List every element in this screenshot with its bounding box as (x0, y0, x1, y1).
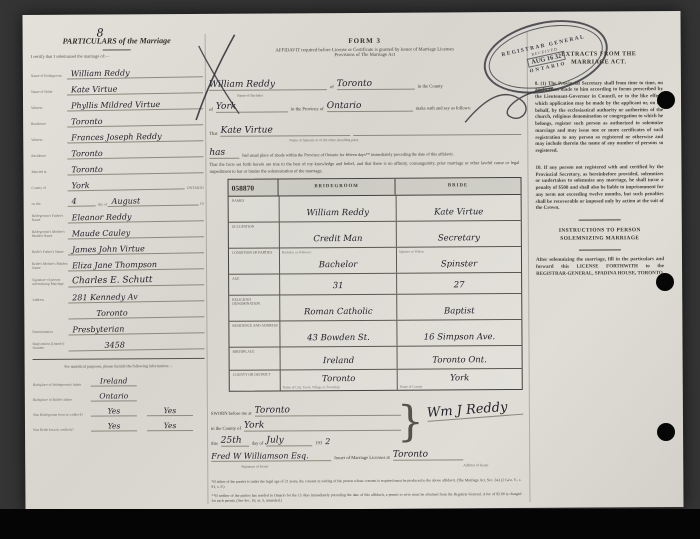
deponent-signature: Wm J Reddy (426, 399, 523, 422)
bride-age: 27 (397, 280, 521, 291)
groom-birthplace: Ireland (281, 356, 397, 367)
table-header: 058870 BRIDEGROOM BRIDE (229, 178, 521, 197)
hole-punch (656, 273, 674, 291)
table-row: OCCUPATION Credit Man Secretary (229, 221, 521, 249)
table-row: AGE 31 27 (229, 273, 521, 296)
particulars-row-date: on the 4 day of August 19 (32, 190, 204, 207)
particulars-row: Name of BrideKate Virtue (31, 78, 203, 95)
particulars-row: ResidenceToronto (31, 110, 203, 127)
particulars-row: DenominationPresbyterian (32, 318, 204, 335)
abode-handwriting: has (209, 148, 239, 159)
scanned-marriage-affidavit: 8 PARTICULARS of the Marriage I certify … (0, 0, 700, 539)
sworn-place-handwriting: Toronto (255, 405, 401, 417)
fill-line-4: has had usual place of abode within the … (209, 146, 521, 159)
particulars-row: WitnessFrances Joseph Reddy (31, 126, 203, 143)
sworn-line-3: this 25th day of July 193 2 (211, 435, 401, 447)
groom-religion: Roman Catholic (280, 307, 396, 318)
table-row: COUNTY OR DISTRICT Name of City, Town, V… (230, 369, 522, 391)
instructions-heading-line2: SOLEMNIZING MARRIAGE (536, 235, 664, 243)
groom-condition: Bachelor (280, 260, 396, 271)
particulars-row: WitnessPhyllis Mildred Virtue (31, 94, 203, 111)
issuer-address-sublabel: Address of Issuer (463, 463, 488, 467)
stat-value: Yes (91, 421, 137, 431)
sworn-line-1: SWORN before me at Toronto (211, 405, 401, 417)
affidavit-panel: FORM 3 AFFIDAVIT required before License… (209, 36, 521, 59)
registration-number-handwriting: 3458 (68, 339, 204, 351)
name-of-spinster-sublabel: Name of Spinster or of the other intendi… (289, 138, 358, 142)
issuer-signature-sublabel: Signature of Issuer (241, 465, 268, 469)
province-print: ONTARIO (185, 186, 204, 190)
particulars-row: County ofYorkONTARIO (31, 174, 203, 191)
particulars-row: Address281 Kennedy Av (32, 286, 204, 303)
particulars-row: Signature of person solemnizing Marriage… (32, 270, 204, 287)
scan-black-band (0, 509, 700, 539)
table-row: BIRTHPLACE Ireland Toronto Ont. (230, 346, 522, 371)
issuer-place-handwriting: Toronto (393, 449, 463, 460)
table-row: RESIDENCE AND ADDRESS 43 Bowden St. 16 S… (229, 320, 521, 348)
sworn-line-2: in the County of York (211, 420, 401, 432)
officiant-signature: Charles E. Schutt (68, 274, 204, 287)
hole-punch (657, 91, 675, 109)
particulars-row: Bridegroom's Mother's Maiden NameMaude C… (32, 222, 204, 239)
forwarding-instructions: After solemnizing the marriage, fill in … (536, 257, 664, 278)
affidavit-title-line2: Provisions of The Marriage Act (209, 52, 521, 59)
facts-paragraph: That the facts set forth herein are true… (209, 160, 519, 175)
marriage-act-panel: EXTRACTS FROM THE MARRIAGE ACT. 8. (1) T… (535, 51, 664, 278)
certify-line: I certify that I solemnized the marriage… (31, 53, 203, 59)
act-section-10: 10. If any person not registered with an… (535, 165, 663, 213)
statistical-heading: For statistical purposes, please furnish… (33, 363, 205, 369)
particulars-row: Registration (Ontario) Number3458 (32, 334, 204, 351)
day-handwriting: 4 (68, 196, 96, 206)
statistical-row: Was Bride born in wedlock?YesYes (33, 416, 205, 432)
serial-number: 058870 (229, 183, 278, 192)
stat-value: Yes (91, 406, 137, 416)
bride-residence: 16 Simpson Ave. (397, 332, 521, 343)
issuer-signature: Fred W Williamson Esq. (211, 451, 331, 462)
particulars-panel: PARTICULARS of the Marriage I certify th… (31, 36, 205, 432)
extracts-heading-line2: MARRIAGE ACT. (535, 59, 663, 68)
bride-religion: Baptist (397, 306, 521, 317)
bride-occupation: Secretary (397, 233, 521, 244)
stat-value: Ontario (91, 391, 137, 401)
groom-residence: 43 Bowden St. (280, 333, 396, 344)
issuer-line: Fred W Williamson Esq. Issuer of Marriag… (211, 449, 523, 462)
particulars-row: Toronto (32, 302, 204, 319)
footnote-1: *If either of the parties is under the l… (211, 478, 521, 491)
bride-birthplace: Toronto Ont. (398, 355, 522, 366)
bride-condition: Spinster (397, 259, 521, 270)
sworn-county-handwriting: York (244, 420, 401, 432)
particulars-row: Bridegroom's Father's NameEleanor Reddy (32, 206, 204, 223)
sworn-day-handwriting: 25th (221, 436, 249, 447)
particulars-row: Bride's Father's NameJames John Virtue (32, 238, 204, 255)
table-row: RELIGIOUS DENOMINATION Roman Catholic Ba… (229, 294, 521, 322)
groom-age: 31 (280, 281, 396, 292)
particulars-title: PARTICULARS of the Marriage (31, 36, 203, 46)
bride-name: Kate Virtue (397, 207, 521, 218)
bridegroom-column-header: BRIDEGROOM (278, 179, 395, 196)
form-number: FORM 3 (209, 36, 521, 46)
table-row: CONDITION OF PARTIES Bachelor or Widower… (229, 247, 521, 275)
hole-punch (657, 423, 675, 441)
footnote-2: **If neither of the parties has resided … (211, 492, 521, 505)
sworn-year-handwriting: 2 (325, 437, 330, 446)
groom-municipality: Toronto (281, 374, 397, 385)
particulars-row: Bride's Mother's Maiden NameEliza Jane T… (32, 254, 204, 271)
divider (579, 219, 621, 220)
particulars-row: Married atToronto (31, 158, 203, 175)
bride-name-handwriting: Kate Virtue (221, 125, 351, 137)
groom-occupation: Credit Man (280, 234, 396, 245)
statistical-row: Was Bridegroom born in wedlock?YesYes (33, 401, 205, 417)
act-section-8: 8. (1) The Provincial Secretary shall fr… (535, 81, 663, 156)
table-row: NAMES William Reddy Kate Virtue (229, 195, 521, 223)
divider (579, 250, 621, 251)
sworn-month-handwriting: July (266, 435, 312, 446)
bride-county: York (398, 373, 522, 384)
bride-column-header: BRIDE (394, 178, 520, 195)
bridegroom-bride-table: 058870 BRIDEGROOM BRIDE NAMES William Re… (227, 177, 522, 392)
particulars-row: Name of BridegroomWilliam Reddy (31, 62, 203, 79)
county-handwriting: York (67, 179, 184, 191)
section-divider (33, 358, 205, 360)
ink-x-mark (191, 32, 248, 124)
statistical-row: Birthplace of Bridegroom's fatherIreland (33, 371, 205, 387)
divider (103, 49, 131, 50)
document-paper: 8 PARTICULARS of the Marriage I certify … (22, 11, 683, 511)
groom-name: William Reddy (280, 208, 396, 219)
stat-value: Ireland (91, 376, 137, 386)
deponent-city-handwriting: Toronto (337, 79, 415, 90)
month-handwriting: August (107, 195, 198, 207)
statistical-row: Birthplace of Bride's fatherOntario (33, 386, 205, 402)
sworn-brace: } (397, 397, 424, 446)
deponent-province-handwriting: Ontario (327, 101, 413, 113)
particulars-row: ResidenceToronto (31, 142, 203, 159)
